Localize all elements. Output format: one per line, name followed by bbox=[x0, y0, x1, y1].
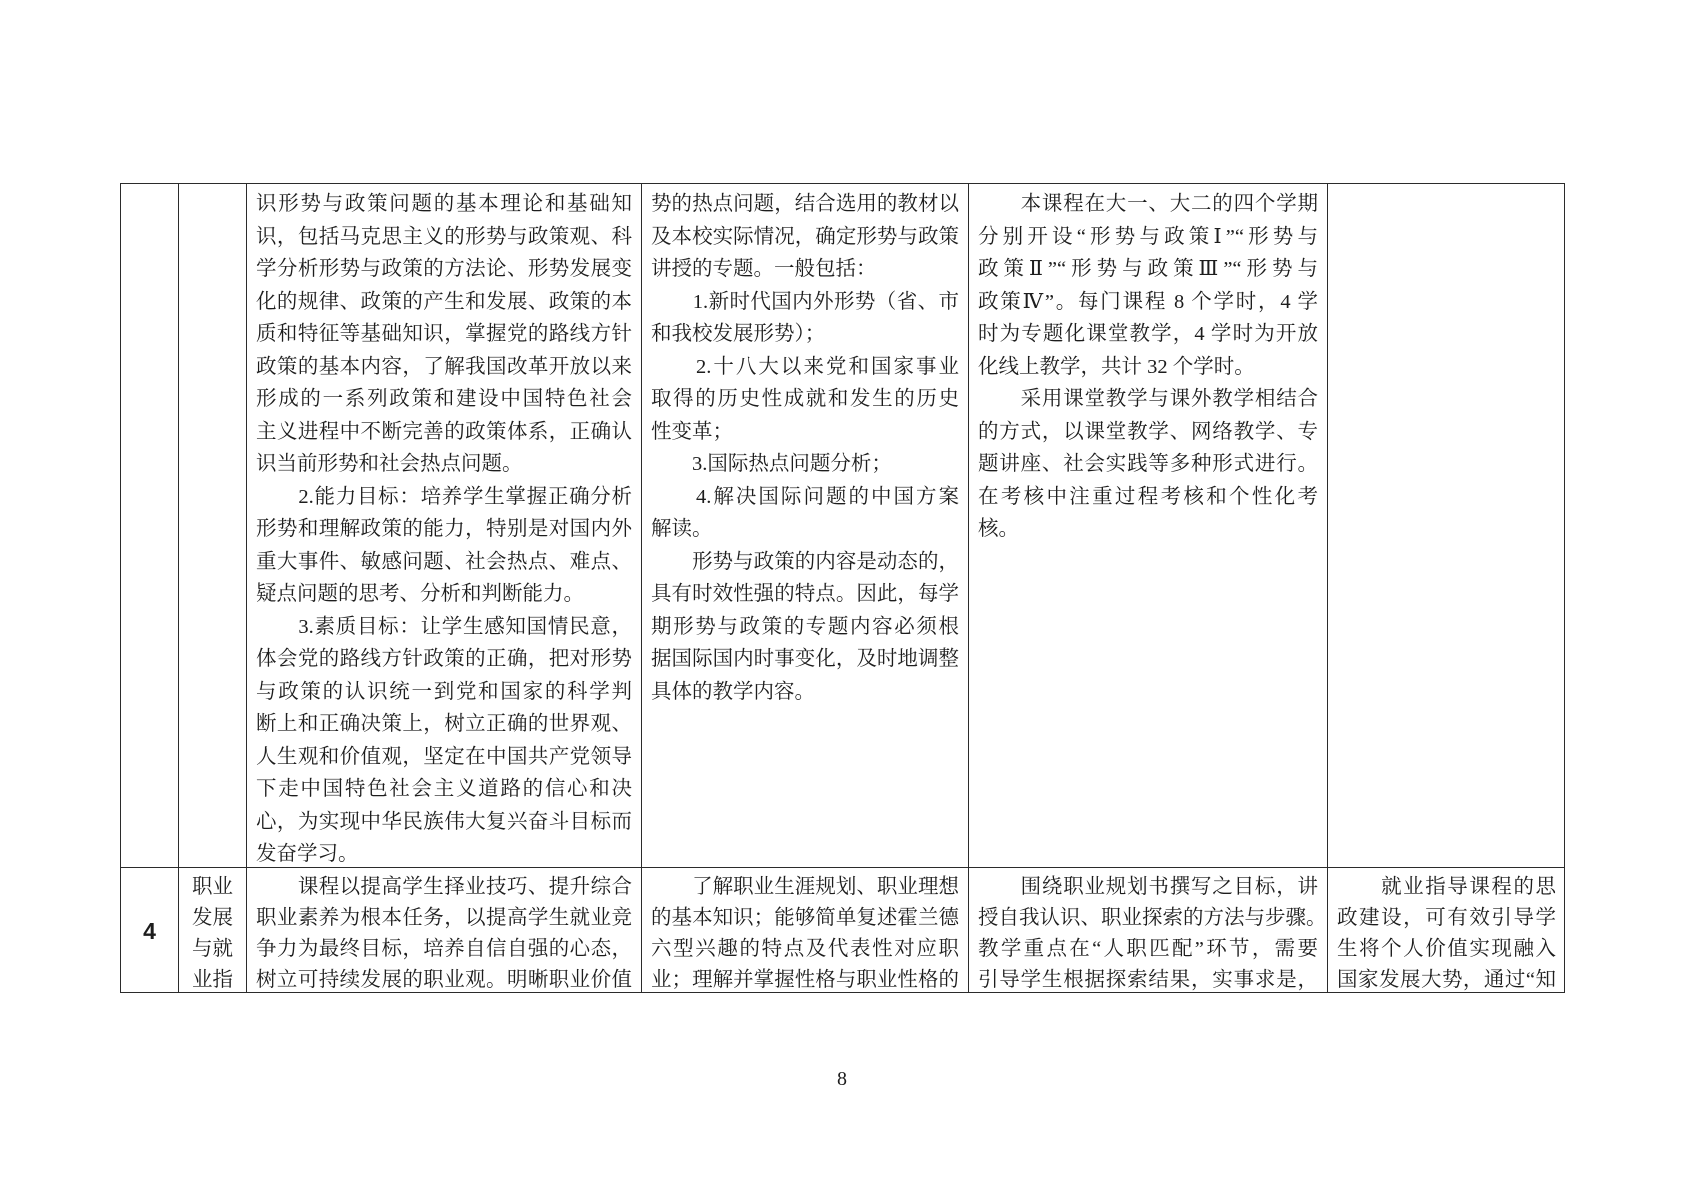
implementation-cell: 本课程在大一、大二的四个学期分别开设“形势与政策Ⅰ”“形势与政策Ⅱ”“形势与政策… bbox=[968, 183, 1327, 867]
objectives-cell: 课程以提高学生择业技巧、提升综合职业素养为根本任务，以提高学生就业竞争力为最终目… bbox=[246, 867, 641, 993]
text-line: 疑点问题的思考、分析和判断能力。 bbox=[256, 578, 632, 611]
text-line: 主义进程中不断完善的政策体系，正确认 bbox=[256, 416, 632, 449]
text-line: 政策的基本内容，了解我国改革开放以来 bbox=[256, 351, 632, 384]
text-line: 在考核中注重过程考核和个性化考 bbox=[978, 481, 1318, 514]
objectives-cell: 识形势与政策问题的基本理论和基础知识，包括马克思主义的形势与政策观、科学分析形势… bbox=[246, 183, 641, 867]
text-line: 具体的教学内容。 bbox=[651, 676, 959, 709]
seq-cell: 4 bbox=[120, 867, 178, 993]
text-line: 识形势与政策问题的基本理论和基础知 bbox=[256, 188, 632, 221]
text-line: 采用课堂教学与课外教学相结合 bbox=[978, 383, 1318, 416]
text-line: 就业指导课程的思 bbox=[1337, 872, 1556, 903]
text-line: 围绕职业规划书撰写之目标，讲 bbox=[978, 872, 1318, 903]
text-line: 化的规律、政策的产生和发展、政策的本 bbox=[256, 286, 632, 319]
text-line: 本课程在大一、大二的四个学期 bbox=[978, 188, 1318, 221]
ideology-cell bbox=[1327, 183, 1565, 867]
seq-cell bbox=[120, 183, 178, 867]
document-page: 识形势与政策问题的基本理论和基础知识，包括马克思主义的形势与政策观、科学分析形势… bbox=[0, 0, 1684, 1191]
text-line: 化线上教学，共计 32 个学时。 bbox=[978, 351, 1318, 384]
text-line: 引导学生根据探索结果，实事求是， bbox=[978, 965, 1318, 993]
text-line: 和我校发展形势）； bbox=[651, 318, 959, 351]
text-line: 形成的一系列政策和建设中国特色社会 bbox=[256, 383, 632, 416]
text-line: 3.素质目标：让学生感知国情民意， bbox=[256, 611, 632, 644]
text-line: 4.解决国际问题的中国方案 bbox=[651, 481, 959, 514]
text-line: 形势和理解政策的能力，特别是对国内外 bbox=[256, 513, 632, 546]
text-line: 人生观和价值观，坚定在中国共产党领导 bbox=[256, 741, 632, 774]
text-line: 教学重点在“人职匹配”环节，需要 bbox=[978, 934, 1318, 965]
text-line: 政策Ⅱ”“形势与政策Ⅲ”“形势与 bbox=[978, 253, 1318, 286]
text-line: 讲授的专题。一般包括： bbox=[651, 253, 959, 286]
content-cell: 了解职业生涯规划、职业理想的基本知识；能够简单复述霍兰德六型兴趣的特点及代表性对… bbox=[641, 867, 968, 993]
text-line: 2.十八大以来党和国家事业 bbox=[651, 351, 959, 384]
text-line: 树立可持续发展的职业观。明晰职业价值 bbox=[256, 965, 632, 993]
text-line: 业指 bbox=[183, 965, 242, 993]
ideology-cell: 就业指导课程的思政建设，可有效引导学生将个人价值实现融入国家发展大势，通过“知 bbox=[1327, 867, 1565, 993]
text-line: 职业素养为根本任务，以提高学生就业竞 bbox=[256, 903, 632, 934]
text-line: 3.国际热点问题分析； bbox=[651, 448, 959, 481]
course-name-cell: 职业发展与就业指 bbox=[178, 867, 246, 993]
text-line: 下走中国特色社会主义道路的信心和决 bbox=[256, 773, 632, 806]
text-line: 六型兴趣的特点及代表性对应职 bbox=[651, 934, 959, 965]
implementation-cell: 围绕职业规划书撰写之目标，讲授自我认识、职业探索的方法与步骤。教学重点在“人职匹… bbox=[968, 867, 1327, 993]
text-line: 期形势与政策的专题内容必须根 bbox=[651, 611, 959, 644]
text-line: 职业 bbox=[183, 872, 242, 903]
text-line: 与就 bbox=[183, 934, 242, 965]
text-line: 了解职业生涯规划、职业理想 bbox=[651, 872, 959, 903]
text-line: 解读。 bbox=[651, 513, 959, 546]
text-line: 发奋学习。 bbox=[256, 838, 632, 867]
text-line: 的方式，以课堂教学、网络教学、专 bbox=[978, 416, 1318, 449]
text-line: 识当前形势和社会热点问题。 bbox=[256, 448, 632, 481]
text-line: 学分析形势与政策的方法论、形势发展变 bbox=[256, 253, 632, 286]
text-line: 政建设，可有效引导学 bbox=[1337, 903, 1556, 934]
text-line: 体会党的路线方针政策的正确，把对形势 bbox=[256, 643, 632, 676]
text-line: 课程以提高学生择业技巧、提升综合 bbox=[256, 872, 632, 903]
text-line: 识，包括马克思主义的形势与政策观、科 bbox=[256, 221, 632, 254]
text-line: 的基本知识；能够简单复述霍兰德 bbox=[651, 903, 959, 934]
text-line: 授自我认识、职业探索的方法与步骤。 bbox=[978, 903, 1318, 934]
text-line: 1.新时代国内外形势（省、市 bbox=[651, 286, 959, 319]
syllabus-table: 识形势与政策问题的基本理论和基础知识，包括马克思主义的形势与政策观、科学分析形势… bbox=[120, 183, 1565, 993]
text-line: 业；理解并掌握性格与职业性格的 bbox=[651, 965, 959, 993]
text-line: 取得的历史性成就和发生的历史 bbox=[651, 383, 959, 416]
text-line: 及本校实际情况，确定形势与政策 bbox=[651, 221, 959, 254]
text-line: 据国际国内时事变化，及时地调整 bbox=[651, 643, 959, 676]
text-line: 发展 bbox=[183, 903, 242, 934]
text-line: 具有时效性强的特点。因此，每学 bbox=[651, 578, 959, 611]
content-cell: 势的热点问题，结合选用的教材以及本校实际情况，确定形势与政策讲授的专题。一般包括… bbox=[641, 183, 968, 867]
text-line: 断上和正确决策上，树立正确的世界观、 bbox=[256, 708, 632, 741]
text-line: 2.能力目标：培养学生掌握正确分析 bbox=[256, 481, 632, 514]
text-line: 争力为最终目标，培养自信自强的心态， bbox=[256, 934, 632, 965]
text-line: 国家发展大势，通过“知 bbox=[1337, 965, 1556, 993]
text-line: 时为专题化课堂教学，4 学时为开放 bbox=[978, 318, 1318, 351]
text-line: 政策Ⅳ”。每门课程 8 个学时，4 学 bbox=[978, 286, 1318, 319]
course-name-cell bbox=[178, 183, 246, 867]
text-line: 分别开设“形势与政策Ⅰ”“形势与 bbox=[978, 221, 1318, 254]
text-line: 性变革； bbox=[651, 416, 959, 449]
text-line: 质和特征等基础知识，掌握党的路线方针 bbox=[256, 318, 632, 351]
text-line: 与政策的认识统一到党和国家的科学判 bbox=[256, 676, 632, 709]
text-line: 心，为实现中华民族伟大复兴奋斗目标而 bbox=[256, 806, 632, 839]
page-number: 8 bbox=[0, 1068, 1684, 1091]
text-line: 势的热点问题，结合选用的教材以 bbox=[651, 188, 959, 221]
text-line: 形势与政策的内容是动态的， bbox=[651, 546, 959, 579]
text-line: 重大事件、敏感问题、社会热点、难点、 bbox=[256, 546, 632, 579]
text-line: 题讲座、社会实践等多种形式进行。 bbox=[978, 448, 1318, 481]
text-line: 生将个人价值实现融入 bbox=[1337, 934, 1556, 965]
text-line: 核。 bbox=[978, 513, 1318, 546]
